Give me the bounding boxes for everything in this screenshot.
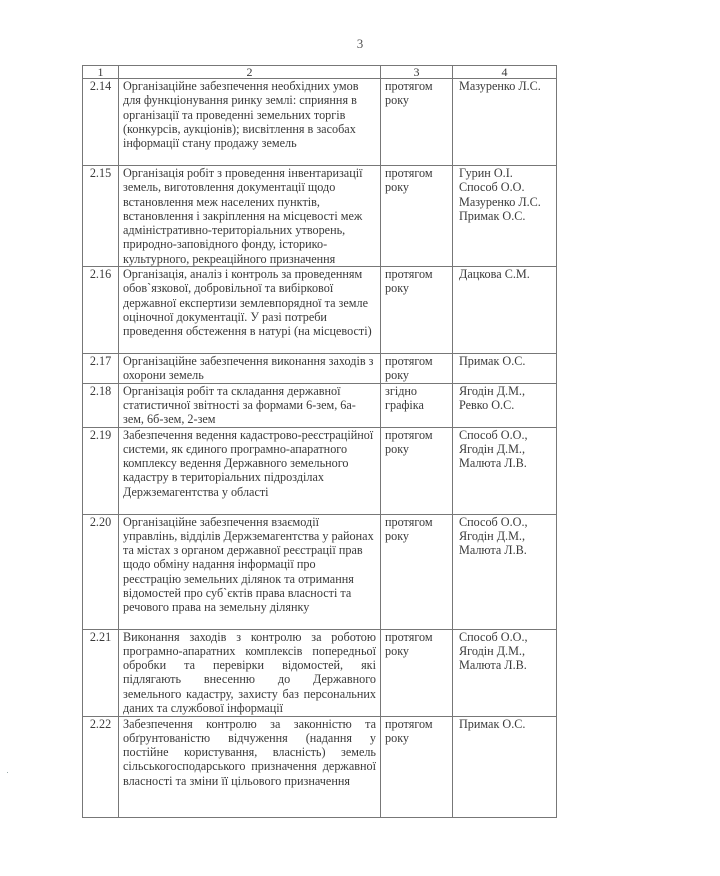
plan-table: 1 2 3 4 2.14 Організаційне забезпечення …: [82, 65, 557, 818]
table-row: 2.16 Організація, аналіз і контроль за п…: [83, 267, 557, 354]
table-row: 2.20 Організаційне забезпечення взаємоді…: [83, 514, 557, 629]
task-term: протягом року: [381, 514, 453, 629]
table-row: 2.22 Забезпечення контролю за законністю…: [83, 716, 557, 817]
page-number: 3: [0, 36, 720, 52]
task-description: Організаційне забезпечення необхідних ум…: [119, 79, 381, 166]
item-number: 2.21: [83, 629, 119, 716]
table-row: 2.17 Організаційне забезпечення виконанн…: [83, 354, 557, 384]
responsible-persons: Способ О.О., Ягодін Д.М., Малюта Л.В.: [453, 629, 557, 716]
task-description: Організація, аналіз і контроль за провед…: [119, 267, 381, 354]
table-row: 2.15 Організація робіт з проведення інве…: [83, 166, 557, 267]
task-term: протягом року: [381, 166, 453, 267]
item-number: 2.14: [83, 79, 119, 166]
responsible-persons: Дацкова С.М.: [453, 267, 557, 354]
responsible-persons: Ягодін Д.М., Ревко О.С.: [453, 383, 557, 427]
item-number: 2.17: [83, 354, 119, 384]
task-term: протягом року: [381, 629, 453, 716]
task-term: протягом року: [381, 267, 453, 354]
task-description: Організаційне забезпечення виконання зах…: [119, 354, 381, 384]
column-header: 1: [83, 66, 119, 79]
task-description: Виконання заходів з контролю за роботою …: [119, 629, 381, 716]
task-description: Забезпечення контролю за законністю та о…: [119, 716, 381, 817]
item-number: 2.19: [83, 427, 119, 514]
item-number: 2.15: [83, 166, 119, 267]
responsible-persons: Гурин О.І. Способ О.О. Мазуренко Л.С. Пр…: [453, 166, 557, 267]
column-header: 2: [119, 66, 381, 79]
responsible-persons: Способ О.О., Ягодін Д.М., Малюта Л.В.: [453, 427, 557, 514]
column-header: 3: [381, 66, 453, 79]
item-number: 2.20: [83, 514, 119, 629]
task-term: протягом року: [381, 716, 453, 817]
responsible-persons: Способ О.О., Ягодін Д.М., Малюта Л.В.: [453, 514, 557, 629]
responsible-persons: Мазуренко Л.С.: [453, 79, 557, 166]
task-description: Організаційне забезпечення взаємодії упр…: [119, 514, 381, 629]
table-row: 2.18 Організація робіт та складання держ…: [83, 383, 557, 427]
responsible-persons: Примак О.С.: [453, 354, 557, 384]
task-term: протягом року: [381, 354, 453, 384]
task-term: згідно графіка: [381, 383, 453, 427]
column-header: 4: [453, 66, 557, 79]
table-row: 2.21 Виконання заходів з контролю за роб…: [83, 629, 557, 716]
task-term: протягом року: [381, 427, 453, 514]
item-number: 2.18: [83, 383, 119, 427]
responsible-persons: Примак О.С.: [453, 716, 557, 817]
table-header-row: 1 2 3 4: [83, 66, 557, 79]
item-number: 2.22: [83, 716, 119, 817]
item-number: 2.16: [83, 267, 119, 354]
table-row: 2.14 Організаційне забезпечення необхідн…: [83, 79, 557, 166]
task-description: Організація робіт з проведення інвентари…: [119, 166, 381, 267]
task-description: Забезпечення ведення кадастрово-реєстрац…: [119, 427, 381, 514]
task-term: протягом року: [381, 79, 453, 166]
table-row: 2.19 Забезпечення ведення кадастрово-реє…: [83, 427, 557, 514]
scan-speck: [7, 772, 8, 773]
task-description: Організація робіт та складання державної…: [119, 383, 381, 427]
